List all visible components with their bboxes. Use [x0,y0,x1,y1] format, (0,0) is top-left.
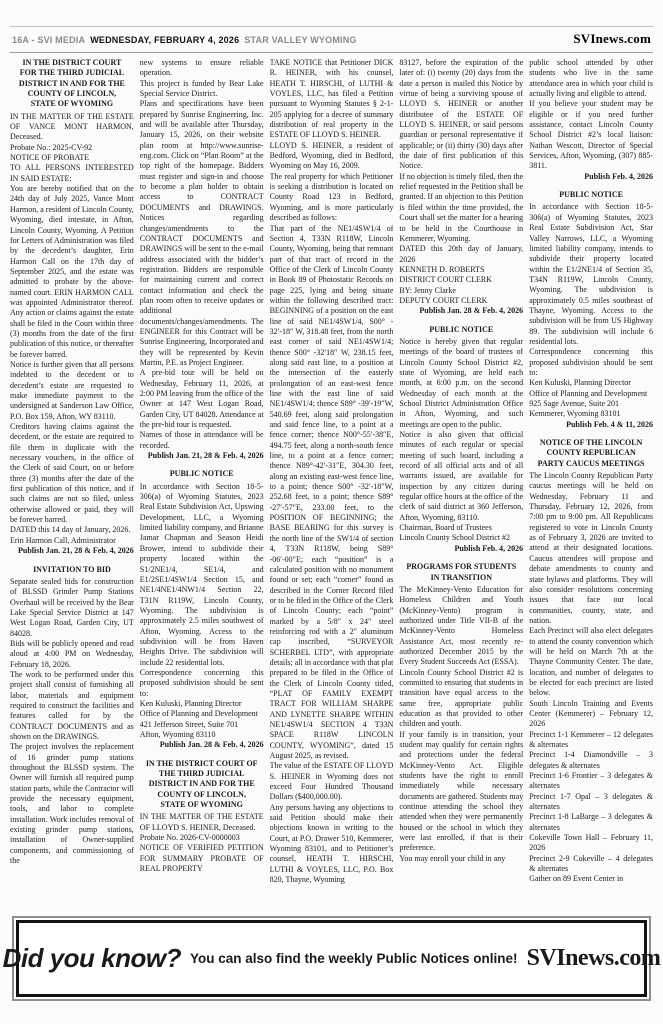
notice-heading: INVITATION TO BID [16,565,128,575]
notice-paragraph: KENNETH D. ROBERTS [399,265,523,275]
notice-paragraph: IN THE MATTER OF THE ESTATE OF LLOYD S. … [140,812,264,833]
notice-column-1: IN THE DISTRICT COURT FOR THE THIRD JUDI… [10,58,134,904]
notice-paragraph: LLOYD S. HEINER, a resident of Bedford, … [270,141,394,172]
notice-paragraph: public school attended by other students… [529,58,653,99]
notice-paragraph: Notice is also given that official minut… [399,430,523,523]
notice-paragraph: Probate No. 2026-CV-0000003 [140,833,264,843]
notice-paragraph: Gather on 89 Event Center in [529,874,653,884]
notice-paragraph: Precinct 1-4 Diamondville – 3 delegates … [529,750,653,771]
notice-column-4: 83127, before the expiration of the late… [399,58,523,904]
notice-paragraph: In accordance with Section 18-5-306(a) o… [140,482,264,668]
notice-paragraph: Creditors having claims against the dece… [10,422,134,525]
publish-line: Publish Jan. 28 & Feb. 4, 2026 [399,306,523,316]
notice-column-3: TAKE NOTICE that Petitioner DICK R. HEIN… [270,58,394,904]
notice-heading: PROGRAMS FOR STUDENTS IN TRANSITION [405,562,517,583]
page-number-label: 16A - SVI MEDIA [12,35,85,45]
publish-line: Publish Feb. 4, 2026 [399,544,523,554]
notice-paragraph: Precinct 1-7 Opal – 3 delegates & altern… [529,792,653,813]
notice-heading: NOTICE OF THE LINCOLN COUNTY REPUBLICAN … [535,438,647,469]
notice-paragraph: Bids will be publicly opened and read al… [10,639,134,670]
notice-column-2: new systems to ensure reliable operation… [140,58,264,904]
banner-question: Did you know? [3,943,181,974]
banner-site-link[interactable]: SVInews.com [527,945,661,972]
notice-heading: IN THE DISTRICT COURT OF THE THIRD JUDIC… [146,759,258,811]
notice-paragraph: You may enroll your child in any [399,854,523,864]
notice-paragraph: In accordance with Section 18-5-306(a) o… [529,202,653,347]
notice-paragraph: Names of those in attendance will be rec… [140,430,264,451]
did-you-know-banner: Did you know? You can also find the week… [12,916,651,1001]
notice-paragraph: This project is funded by Bear Lake Spec… [140,79,264,100]
notice-paragraph: Lincoln County School District #2 is com… [399,668,523,730]
notice-paragraph: Office of Planning and Development [529,389,653,399]
publish-line: Publish Jan. 28 & Feb. 4, 2026 [140,740,264,750]
notice-paragraph: The work to be performed under this proj… [10,670,134,742]
notice-heading: PUBLIC NOTICE [146,469,258,479]
notice-paragraph: Office of Planning and Development [140,709,264,719]
notice-paragraph: TO ALL PERSONS INTERESTED IN SAID ESTATE… [10,163,134,184]
notice-paragraph: 925 Sage Avenue, Suite 201 [529,399,653,409]
notice-paragraph: Notice is hereby given that regular meet… [399,337,523,430]
notice-paragraph: A pre-bid tour will be held on Wednesday… [140,368,264,430]
notice-paragraph: The Lincoln County Republican Party cauc… [529,471,653,626]
region-label: STAR VALLEY WYOMING [244,35,356,45]
notice-columns: IN THE DISTRICT COURT FOR THE THIRD JUDI… [10,58,653,904]
notice-paragraph: Precinct 1-1 Kemmerer – 12 delegates & a… [529,730,653,751]
notice-paragraph: Precinct 1-6 Frontier – 3 delegates & al… [529,771,653,792]
notice-paragraph: BY: Jenny Clarke [399,286,523,296]
issue-date: WEDNESDAY, FEBRUARY 4, 2026 [90,35,239,45]
notice-paragraph: South Lincoln Training and Events Center… [529,699,653,730]
notice-paragraph: If you believe your student may be eligi… [529,99,653,171]
notice-paragraph: The project involves the replacement of … [10,742,134,866]
publish-line: Publish Jan. 21, 28 & Feb. 4, 2026 [140,451,264,461]
notice-paragraph: Correspondence concerning this proposed … [529,347,653,378]
notice-paragraph: Ken Kuluski, Planning Director [140,699,264,709]
notice-paragraph: IN THE MATTER OF THE ESTATE OF VANCE MON… [10,112,134,143]
notice-heading: IN THE DISTRICT COURT FOR THE THIRD JUDI… [16,58,128,110]
notice-paragraph: Chairman, Board of Trustees [399,523,523,533]
notice-heading: PUBLIC NOTICE [405,325,517,335]
notice-paragraph: DISTRICT COURT CLERK [399,275,523,285]
page-header: 16A - SVI MEDIA WEDNESDAY, FEBRUARY 4, 2… [10,26,653,53]
notice-paragraph: 83127, before the expiration of the late… [399,58,523,172]
notice-heading: PUBLIC NOTICE [535,190,647,200]
notice-paragraph: That part of the NE1/4SW1/4 of Section 4… [270,224,394,762]
notice-paragraph: The value of the ESTATE OF LLOYD S. HEIN… [270,761,394,802]
notice-paragraph: Precinct 1-8 LaBarge – 3 delegates & alt… [529,812,653,833]
notice-paragraph: Notice is further given that all persons… [10,360,134,422]
notice-paragraph: Plans and specifications have been prepa… [140,99,264,368]
notice-paragraph: DATED this 20th day of January, 2026 [399,244,523,265]
banner-message: You can also find the weekly Public Noti… [190,951,518,966]
publish-line: Publish Feb. 4, 2026 [529,172,653,182]
notice-column-5: public school attended by other students… [529,58,653,904]
notice-paragraph: Lincoln County School District #2 [399,533,523,543]
notice-paragraph: DATED this 14 day of January, 2026. [10,525,134,535]
notice-paragraph: Precinct 2-9 Cokeville – 4 delegates & a… [529,854,653,875]
notice-paragraph: The real property for which Petitioner i… [270,172,394,224]
notice-paragraph: You are hereby notified that on the 24th… [10,184,134,360]
notice-paragraph: Each Precinct will also elect delegates … [529,626,653,698]
notice-paragraph: Correspondence concerning this proposed … [140,668,264,699]
notice-paragraph: NOTICE OF PROBATE [10,153,134,163]
notice-paragraph: NOTICE OF VERIFIED PETITION FOR SUMMARY … [140,843,264,874]
notice-paragraph: TAKE NOTICE that Petitioner DICK R. HEIN… [270,58,394,141]
newspaper-page: 16A - SVI MEDIA WEDNESDAY, FEBRUARY 4, 2… [0,0,663,1024]
header-left: 16A - SVI MEDIA WEDNESDAY, FEBRUARY 4, 2… [12,35,357,45]
notice-paragraph: new systems to ensure reliable operation… [140,58,264,79]
notice-paragraph: Ken Kuluski, Planning Director [529,378,653,388]
notice-paragraph: Afton, Wyoming 83110 [140,730,264,740]
notice-paragraph: Probate No.: 2025-CV-92 [10,143,134,153]
notice-paragraph: Erin Harmon Call, Administrator [10,536,134,546]
notice-paragraph: Cokeville Town Hall – February 11, 2026 [529,833,653,854]
notice-paragraph: 421 Jefferson Street, Suite 701 [140,720,264,730]
notice-paragraph: The McKinney-Vento Education for Homeles… [399,585,523,668]
did-you-know-banner-inner: Did you know? You can also find the week… [16,920,647,997]
notice-paragraph: Kemmerer, Wyoming 83101 [529,409,653,419]
notice-paragraph: If no objection is timely filed, then th… [399,172,523,244]
site-masthead: SVInews.com [573,31,651,47]
notice-paragraph: Any persons having any objections to sai… [270,803,394,886]
notice-paragraph: Separate sealed bids for construction of… [10,577,134,639]
notice-paragraph: If your family is in transition, your st… [399,730,523,854]
publish-line: Publish Jan. 21, 28 & Feb. 4, 2026 [10,546,134,556]
publish-line: Publish Feb. 4 & 11, 2026 [529,420,653,430]
notice-paragraph: DEPUTY COURT CLERK [399,296,523,306]
